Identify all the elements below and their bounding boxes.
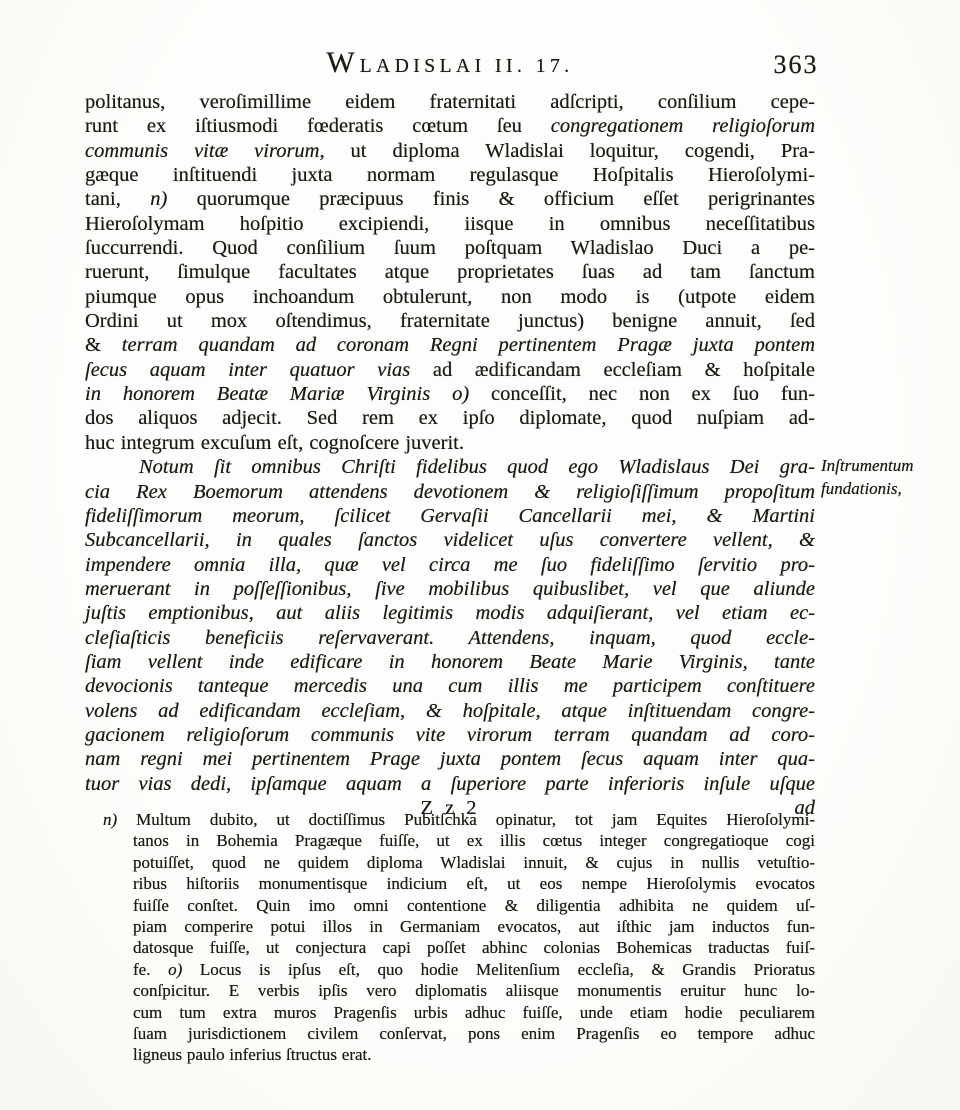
text-line: cia Rex Boemorum attendens devotionem & … — [85, 480, 815, 504]
margin-note-line: fundationis, — [821, 478, 955, 501]
text-line: ribus hiſtoriis monumentisque indicium e… — [133, 873, 815, 894]
text-line: Ordini ut mox oſtendimus, fraternitate j… — [85, 309, 815, 333]
paragraph-main: politanus, veroſimillime eidem fraternit… — [85, 90, 815, 455]
text-line: meruerant in poſſeſſionibus, ſive mobili… — [85, 577, 815, 601]
text-line: fuiſſe conſtet. Quin imo omni contention… — [133, 895, 815, 916]
text-line: politanus, veroſimillime eidem fraternit… — [85, 90, 815, 114]
text-line: communis vitæ virorum, ut diploma Wladis… — [85, 139, 815, 163]
text-line: cleſiaſticis beneficiis reſervaverant. A… — [85, 626, 815, 650]
text-line: runt ex iſtiusmodi fœderatis cœtum ſeu c… — [85, 114, 815, 138]
text-line: piumque opus inchoandum obtulerunt, non … — [85, 285, 815, 309]
text-line: tanos in Bohemia Pragæque fuiſſe, ut ex … — [133, 830, 815, 851]
paragraph-charter-quote: Notum ſit omnibus Chriſti fidelibus quod… — [85, 455, 815, 796]
text-line: cum tum extra muros Pragenſis urbis adhu… — [133, 1002, 815, 1023]
text-line: & terram quandam ad coronam Regni pertin… — [85, 333, 815, 357]
footnote-block: n) Multum dubito, ut doctiſſimus Pubitſc… — [103, 809, 815, 1066]
text-line: datosque fuiſſe, ut conjectura capi poſſ… — [133, 937, 815, 958]
running-head: WLADISLAI II. 17. — [85, 46, 815, 80]
page-number: 363 — [756, 50, 836, 80]
text-line: Hieroſolymam hoſpitio excipiendi, iisque… — [85, 212, 815, 236]
text-line: gæque inſtituendi juxta normam regulasqu… — [85, 163, 815, 187]
text-line: juſtis emptionibus, aut aliis legitimis … — [85, 601, 815, 625]
text-line: ſuccurrendi. Quod conſilium ſuum poſtqua… — [85, 236, 815, 260]
text-line: huc integrum excuſum eſt, cognoſcere juv… — [85, 431, 815, 455]
text-line: impendere omnia illa, quæ vel circa me ſ… — [85, 553, 815, 577]
text-line: dos aliquos adjecit. Sed rem ex ipſo dip… — [85, 406, 815, 430]
text-line: tani, n) quorumque præcipuus finis & off… — [85, 187, 815, 211]
text-line: in honorem Beatæ Mariæ Virginis o) conce… — [85, 382, 815, 406]
text-line: ruerunt, ſimulque facultates atque propr… — [85, 260, 815, 284]
margin-note: Inſtrumentum fundationis, — [821, 455, 955, 500]
text-line: gacionem religioſorum communis vite viro… — [85, 723, 815, 747]
text-line: potuiſſet, quod ne quidem diploma Wladis… — [133, 852, 815, 873]
text-line: tuor vias dedi, ipſamque aquam a ſuperio… — [85, 772, 815, 796]
text-line: ſuam jurisdictionem civilem conſervat, p… — [133, 1023, 815, 1044]
text-line: ſecus aquam inter quatuor vias ad ædific… — [85, 358, 815, 382]
text-line: Notum ſit omnibus Chriſti fidelibus quod… — [85, 455, 815, 479]
text-line: fideliſſimorum meorum, ſcilicet Gervaſii… — [85, 504, 815, 528]
text-line: devocionis tanteque mercedis una cum ill… — [85, 674, 815, 698]
text-line: volens ad edificandam eccleſiam, & hoſpi… — [85, 699, 815, 723]
text-line: fe. o) Locus is ipſus eſt, quo hodie Mel… — [133, 959, 815, 980]
text-line: Subcancellarii, in quales ſanctos videli… — [85, 528, 815, 552]
margin-note-line: Inſtrumentum — [821, 455, 955, 478]
text-line: n) Multum dubito, ut doctiſſimus Pubitſc… — [103, 809, 815, 830]
main-text-column: politanus, veroſimillime eidem fraternit… — [85, 90, 815, 820]
text-line: nam regni mei pertinentem Prage juxta po… — [85, 747, 815, 771]
text-line: conſpicitur. E verbis ipſis vero diploma… — [133, 980, 815, 1001]
book-page: WLADISLAI II. 17. 363 politanus, veroſim… — [0, 0, 960, 1110]
text-line: ſiam vellent inde edificare in honorem B… — [85, 650, 815, 674]
text-line: piam comperire potui illos in Germaniam … — [133, 916, 815, 937]
text-line: ligneus paulo inferius ſtructus erat. — [133, 1044, 815, 1065]
